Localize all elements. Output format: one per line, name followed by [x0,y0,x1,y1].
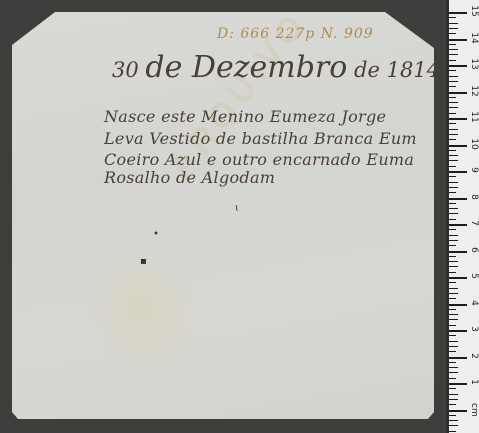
ruler-major-tick [449,357,467,359]
ruler-minor-tick [449,150,456,151]
ruler-label: 8 [469,191,479,203]
ruler-minor-tick [449,192,456,193]
ruler-major-tick [449,118,467,120]
ruler-minor-tick [449,420,458,421]
ruler-minor-tick [449,346,458,347]
ruler-minor-tick [449,240,458,241]
ruler-minor-tick [449,399,458,400]
ink-blot: • [153,229,159,240]
ruler-minor-tick [449,425,458,426]
ruler-minor-tick [449,203,456,204]
ruler-minor-tick [449,314,458,315]
ruler-minor-tick [449,431,456,432]
ruler-minor-tick [449,341,458,342]
ruler-label: 4 [469,297,479,309]
ruler-minor-tick [449,187,458,188]
ruler-minor-tick [449,208,458,209]
ruler-minor-tick [449,245,456,246]
ruler-label: 3 [469,323,479,335]
ruler-minor-tick [449,261,458,262]
ruler-label: 2 [469,350,479,362]
ruler-minor-tick [449,166,456,167]
ruler-minor-tick [449,367,458,368]
ruler-minor-tick [449,23,458,24]
ruler-major-tick [449,304,467,306]
ruler-minor-tick [449,229,456,230]
manuscript-page: ARQUIVO HISTÓRICO D: 666 227p N. 909 30 … [12,12,434,419]
ruler-major-tick [449,92,467,94]
ruler-minor-tick [449,86,456,87]
ruler-minor-tick [449,309,456,310]
ruler-minor-tick [449,298,456,299]
ruler-minor-tick [449,76,458,77]
ruler-major-tick [449,330,467,332]
ruler-minor-tick [449,235,458,236]
ruler-major-tick [449,198,467,200]
ruler-minor-tick [449,155,458,156]
ruler-minor-tick [449,139,456,140]
ruler-minor-tick [449,378,456,379]
ruler-minor-tick [449,325,456,326]
ruler-label: 5 [469,270,479,282]
body-line: Coeiro Azul e outro encarnado Euma [104,150,414,169]
ruler-label: 11 [469,111,479,123]
ruler-label: 6 [469,244,479,256]
ruler-minor-tick [449,176,456,177]
ruler-minor-tick [449,81,458,82]
ruler-minor-tick [449,44,456,45]
date-day: 30 [112,58,139,82]
ruler-major-tick [449,383,467,385]
ruler-major-tick [449,410,467,412]
ruler-minor-tick [449,60,456,61]
ruler-minor-tick [449,160,458,161]
ruler-minor-tick [449,415,456,416]
ruler-minor-tick [449,134,458,135]
ruler-minor-tick [449,404,456,405]
ruler-label: 14 [469,32,479,44]
ruler-minor-tick [449,182,458,183]
ruler-minor-tick [449,293,458,294]
body-line: Rosalho de Algodam [104,168,275,187]
ruler-label: 12 [469,85,479,97]
ruler-label: 9 [469,164,479,176]
document-date: 30 de Dezembro de 1814 [112,50,440,85]
ruler-minor-tick [449,362,456,363]
ruler-minor-tick [449,213,458,214]
ruler-major-tick [449,171,467,173]
ruler-minor-tick [449,107,458,108]
ruler-label: cm [469,403,479,415]
ruler-minor-tick [449,335,456,336]
ruler-major-tick [449,224,467,226]
ruler-minor-tick [449,372,458,373]
ruler-label: 1 [469,376,479,388]
ruler-label: 10 [469,138,479,150]
ruler-minor-tick [449,351,456,352]
ruler-minor-tick [449,256,456,257]
ruler-label: 7 [469,217,479,229]
ruler-minor-tick [449,113,456,114]
ruler-minor-tick [449,33,456,34]
ruler-minor-tick [449,123,456,124]
ruler-major-tick [449,277,467,279]
ruler-major-tick [449,12,467,14]
ruler-minor-tick [449,266,458,267]
measurement-ruler: 151413121110987654321cm [446,0,479,433]
ruler-minor-tick [449,319,458,320]
ruler-minor-tick [449,394,458,395]
ruler-major-tick [449,39,467,41]
ruler-minor-tick [449,102,458,103]
ink-mark: ɩ [235,203,239,214]
ruler-minor-tick [449,129,458,130]
ruler-major-tick [449,251,467,253]
ruler-minor-tick [449,17,456,18]
ruler-label: 15 [469,5,479,17]
body-line: Nasce este Menino Eumeza Jorge [104,107,386,126]
paper-stain [55,221,229,402]
ruler-minor-tick [449,49,458,50]
ruler-minor-tick [449,28,458,29]
ruler-minor-tick [449,97,456,98]
ruler-major-tick [449,65,467,67]
date-year: de 1814 [354,58,440,82]
ruler-minor-tick [449,219,456,220]
date-month: de Dezembro [145,50,347,85]
ruler-major-tick [449,145,467,147]
body-line: Leva Vestido de bastilha Branca Eum [104,129,417,148]
archive-reference-number: D: 666 227p N. 909 [217,26,374,42]
ruler-minor-tick [449,288,458,289]
ruler-minor-tick [449,272,456,273]
ruler-minor-tick [449,54,458,55]
ruler-label: 13 [469,58,479,70]
ink-blot: ▪ [140,256,147,267]
ruler-minor-tick [449,70,456,71]
ruler-minor-tick [449,388,456,389]
ruler-minor-tick [449,282,456,283]
